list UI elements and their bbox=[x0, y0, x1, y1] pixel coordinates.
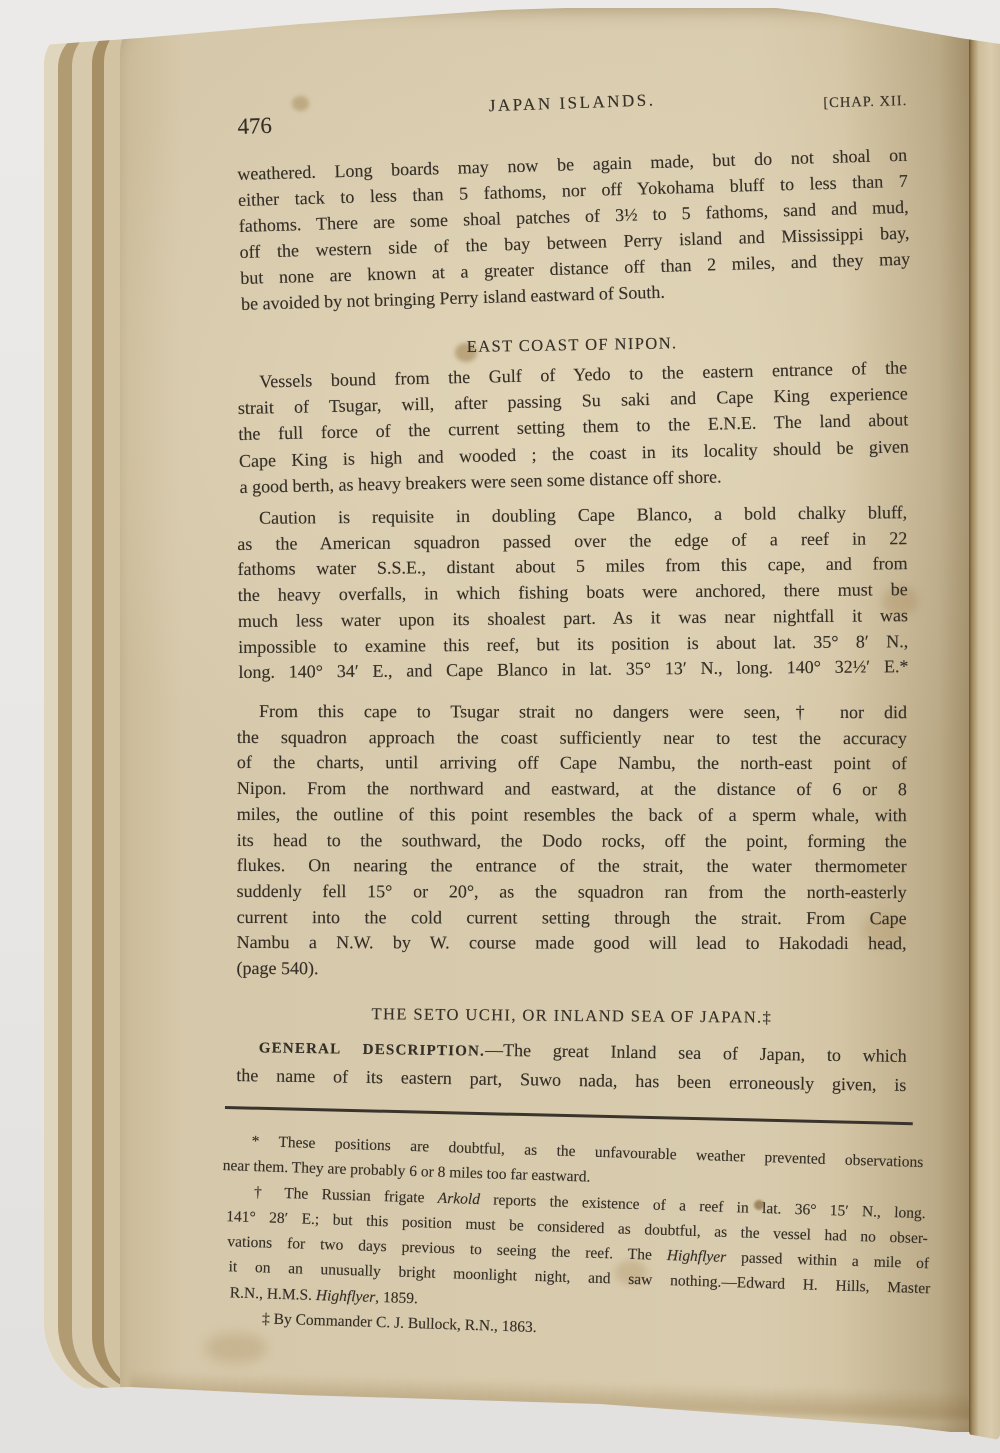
text-line: Nambu a N.W. by W. course made good will… bbox=[237, 930, 907, 957]
para-general-description: GENERAL DESCRIPTION.—The great Inland se… bbox=[236, 1033, 907, 1098]
text-line: current into the cold current setting th… bbox=[237, 905, 907, 932]
italic-text: Highflyer bbox=[316, 1287, 376, 1306]
para-weathered: weathered. Long boards may now be again … bbox=[237, 142, 911, 317]
text-line: its head to the southward, the Dodo rock… bbox=[237, 828, 907, 855]
text-segment: † The Russian frigate bbox=[254, 1184, 438, 1207]
text-line: (page 540). bbox=[237, 956, 907, 983]
text-line: From this cape to Tsugar strait no dange… bbox=[237, 699, 907, 726]
italic-text: Highflyer bbox=[667, 1247, 727, 1266]
para-caution: Caution is requisite in doubling Cape Bl… bbox=[237, 500, 909, 686]
text-line: flukes. On nearing the entrance of the s… bbox=[237, 853, 907, 880]
page-text: 476 JAPAN ISLANDS. [CHAP. XII. weathered… bbox=[0, 0, 1000, 1453]
text-line: suddenly fell 15° or 20°, as the squadro… bbox=[237, 879, 907, 906]
text-line: of the charts, until arriving off Cape N… bbox=[237, 750, 907, 777]
paragraph-lead: GENERAL DESCRIPTION. bbox=[259, 1040, 486, 1059]
para-vessels: Vessels bound from the Gulf of Yedo to t… bbox=[237, 354, 910, 500]
text-segment: R.N., H.M.S. bbox=[230, 1284, 317, 1304]
italic-text: Arkold bbox=[438, 1189, 481, 1207]
footnotes: * These positions are doubtful, as the u… bbox=[216, 1128, 924, 1352]
text-line: miles, the outline of this point resembl… bbox=[237, 802, 907, 829]
text-line: Nipon. From the northward and eastward, … bbox=[237, 776, 907, 803]
footnote-divider bbox=[225, 1106, 913, 1125]
text-line: long. 140° 34′ E., and Cape Blanco in la… bbox=[238, 654, 908, 686]
text-segment: , 1859. bbox=[375, 1289, 418, 1307]
photo-backdrop: 476 JAPAN ISLANDS. [CHAP. XII. weathered… bbox=[0, 0, 1000, 1453]
text-segment: —The great Inland sea of Japan, to which bbox=[485, 1040, 907, 1066]
heading-seto-uchi: THE SETO UCHI, OR INLAND SEA OF JAPAN.‡ bbox=[237, 1003, 907, 1029]
text-line: the squadron approach the coast sufficie… bbox=[237, 725, 907, 752]
text-segment: passed within a mile of bbox=[726, 1249, 929, 1272]
para-from-this-cape: From this cape to Tsugar strait no dange… bbox=[237, 699, 907, 983]
